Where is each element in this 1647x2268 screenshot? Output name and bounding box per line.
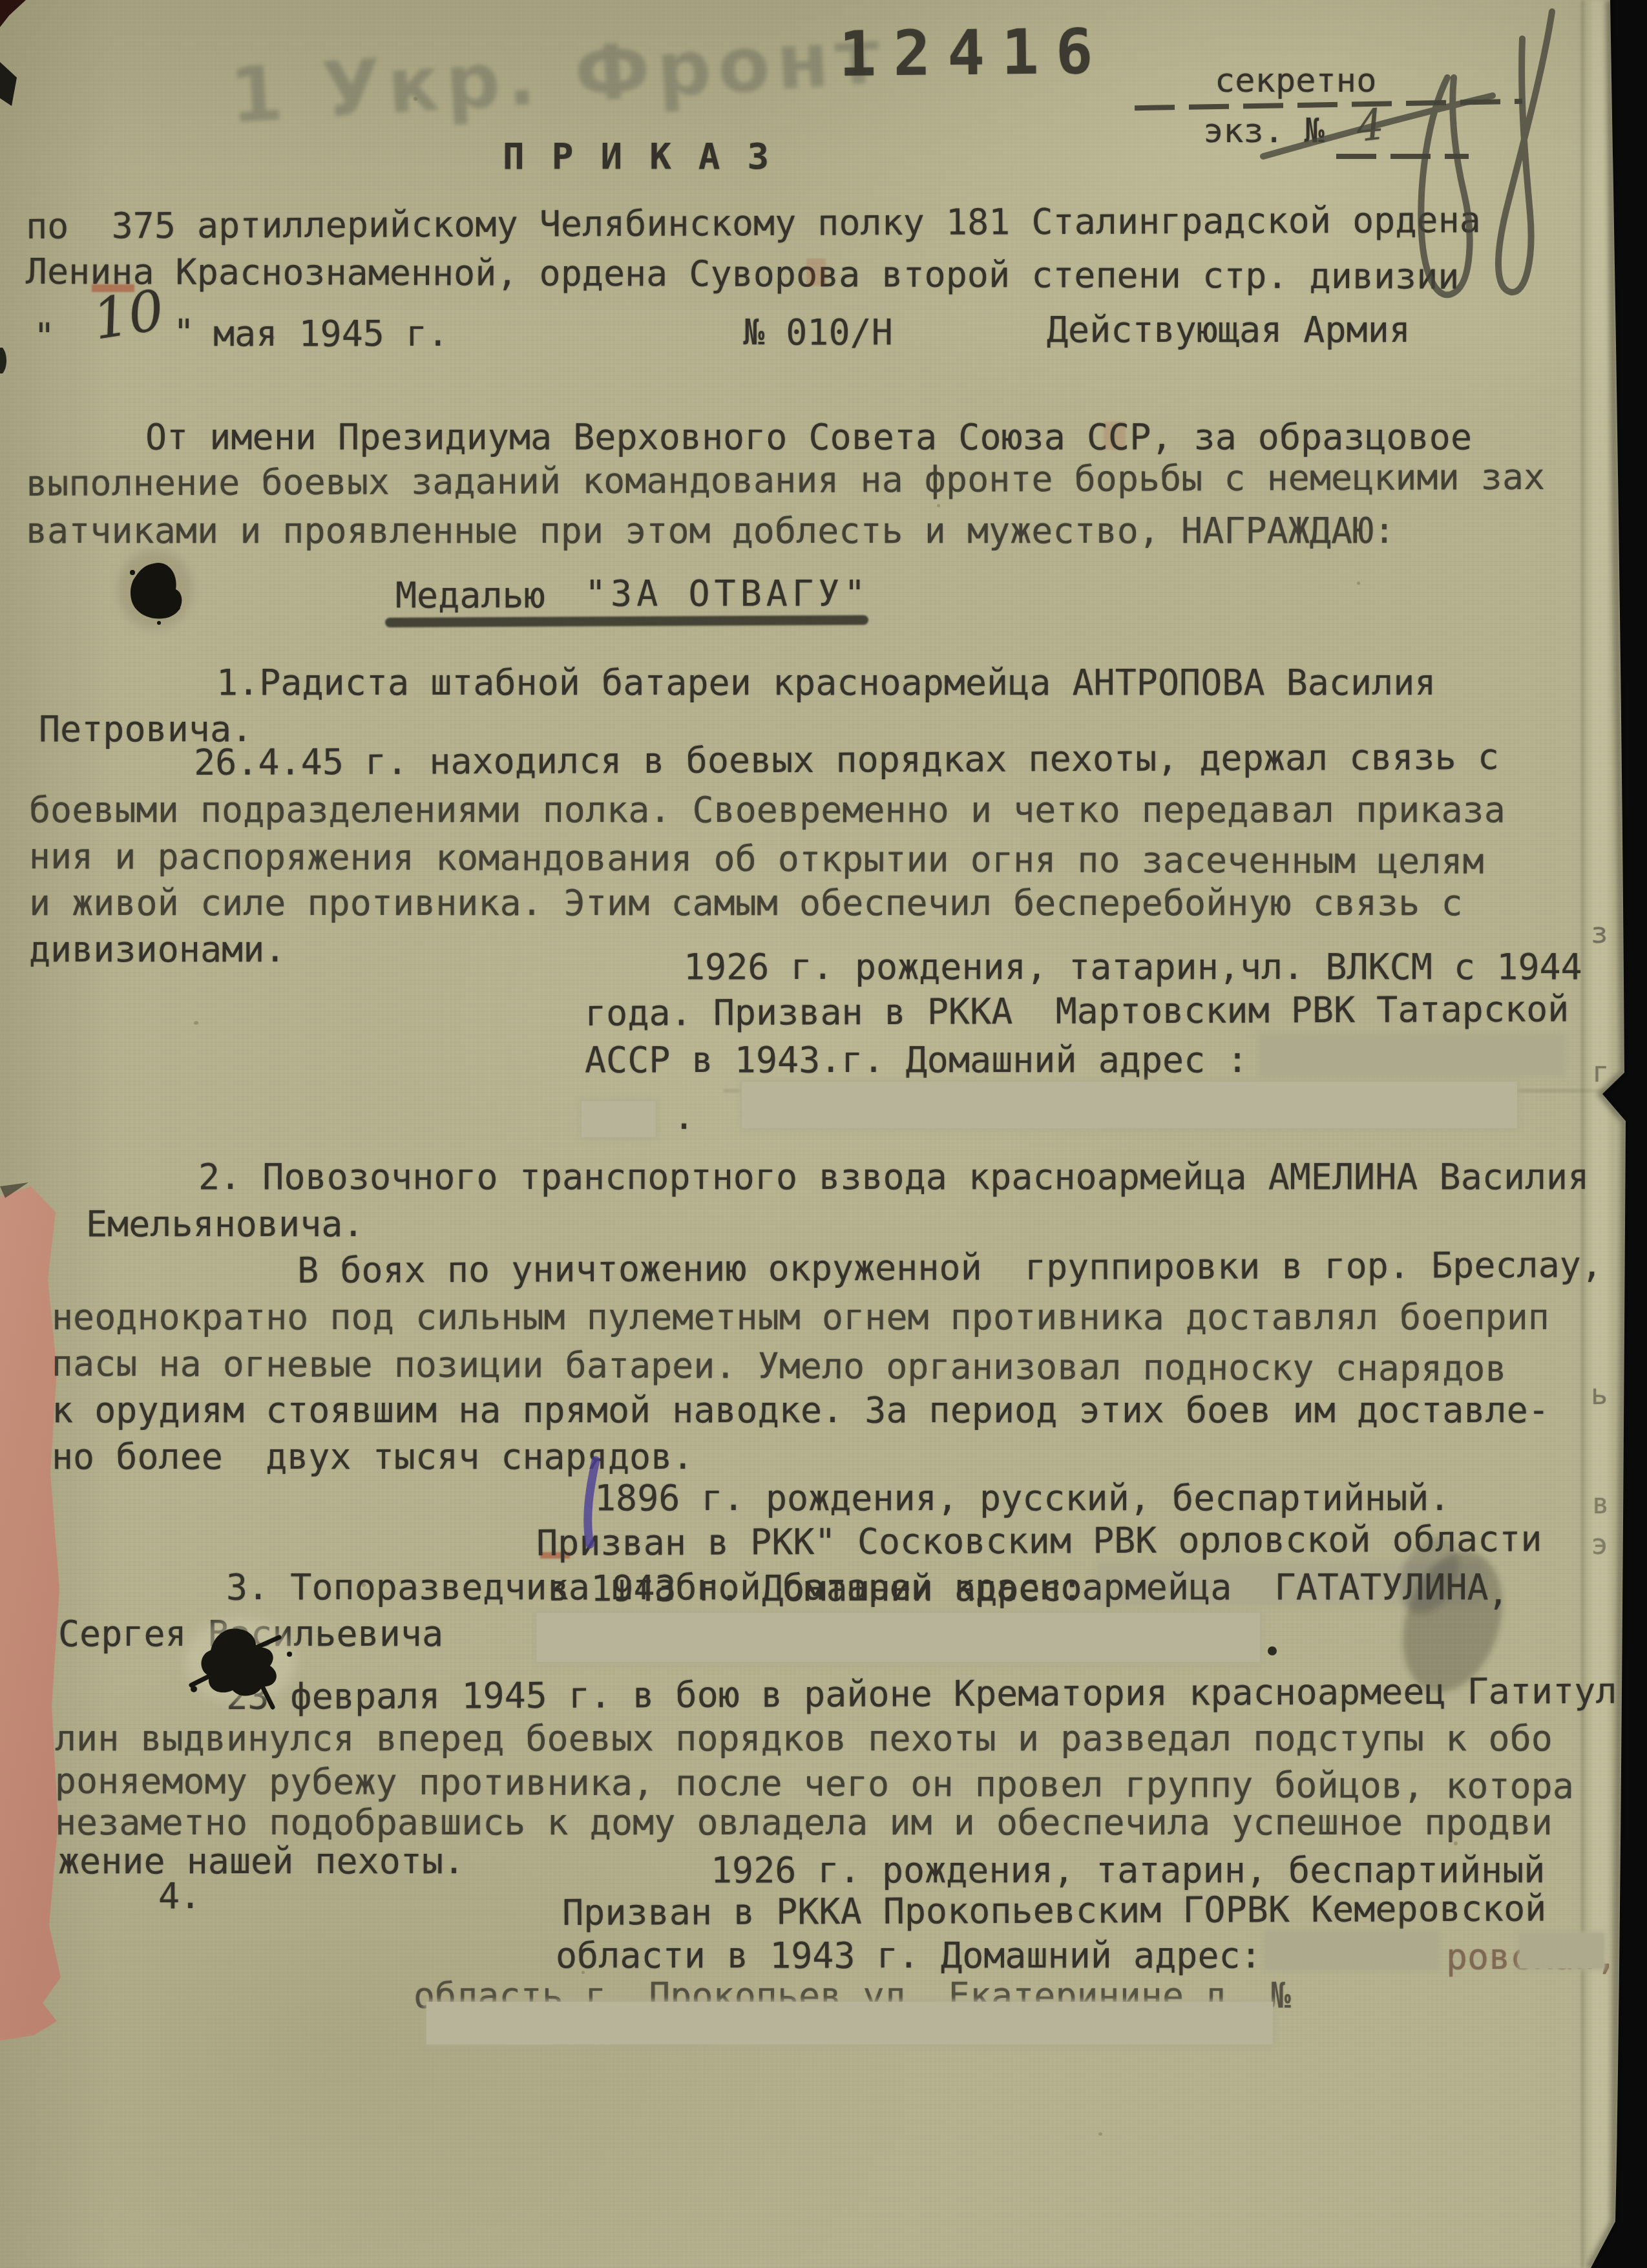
redacted-address [582,1101,656,1137]
entry2-after-redaction: , [1487,1574,1509,1612]
preamble-line: выполнение боевых заданий командования н… [26,459,1545,503]
entry1-detail-line: 1926 г. рождения, татарин,чл. ВЛКСМ с 19… [684,949,1582,986]
entry1-after-redaction: . [673,1098,695,1136]
page-edge-fragment: э [1591,1530,1608,1560]
date-quote-open: " [34,318,55,355]
corner-mark [0,0,26,27]
redacted-address [426,2002,1273,2044]
registration-number: 12416 [839,19,1110,87]
entry2-heading-cont: Емельяновича. [86,1206,364,1243]
ink-splatter [130,570,135,575]
entry3-body-line: 23 февраля 1945 г. в бою в районе Кремат… [226,1673,1617,1716]
entry1-detail-line: года. Призван в РККА Мартовским РВК Тата… [585,991,1569,1032]
entry3-heading-cont: Сергея Васильевича [58,1615,443,1653]
redacted-address [742,1082,1517,1128]
page-edge-fragment: з [1591,919,1608,949]
ink-blot-halo [118,549,193,629]
ink-splatter [174,604,180,611]
ink-splatter [157,621,161,625]
order-subtitle-line1: по 375 артиллерийскому Челябинскому полк… [26,202,1481,246]
secrecy-underline [1135,99,1522,110]
paper-speck [194,1021,198,1025]
page-edge-fragment: ь [1591,1380,1608,1410]
entry2-detail-line: Призван в РКК" Сосковским РВК орловской … [536,1520,1542,1562]
ink-blot [131,563,182,618]
page-title: ПРИКАЗ [503,138,796,176]
copy-number-handwritten: 4 [1354,102,1386,149]
scanned-order-page: 1 Укр. Фронт 12416 секретно экз. № 4 ПРИ… [0,0,1647,2268]
paper-speck [937,504,940,507]
entry3-detail-line: области в 1943 г. Домашний адрес: [556,1937,1262,1975]
page-edge-fragment: г [1592,1058,1610,1087]
entry3-item4-marker: 4. [158,1878,201,1915]
vertical-fold-crease [1581,0,1584,2268]
medal-label: Медалью [395,577,545,614]
edge-ink-mark [0,62,17,106]
edge-ink-mark [0,348,6,373]
entry3-body-line: роняемому рубежу противника, после чего … [55,1763,1574,1805]
redacted-address [1265,1932,1438,1969]
redacted-address [1520,1933,1604,1968]
entry1-body-line: боевыми подразделениями полка. Своевреме… [29,792,1505,829]
date-quote-close: " [173,314,194,352]
entry1-body-line: и живой силе противника. Этим самым обес… [29,885,1463,922]
redacted-address [1260,1035,1564,1075]
order-number: № 010/Н [743,314,893,352]
entry1-body-line: ния и распоряжения командования об откры… [29,838,1484,881]
entry1-body-line: дивизионами. [29,931,286,969]
entry3-detail-line: Призван в РККА Прокопьевским ГОРВК Кемер… [562,1890,1546,1931]
date-text: мая 1945 г. [213,315,448,353]
entry1-detail-line: АССР в 1943.г. Домашний адрес : [585,1042,1248,1079]
ink-period [1268,1646,1277,1655]
order-subtitle-line2: Ленина Краснознаменной, ордена Суворова … [26,253,1460,295]
entry2-body-line: к орудиям стоявшим на прямой наводке. За… [52,1392,1549,1429]
redacted-address [536,1613,1260,1662]
copy-number-underline [1336,154,1469,159]
copy-number-label: экз. № [1203,114,1325,149]
paper-speck [1357,582,1360,585]
entry3-detail-line: 1926 г. рождения, татарин, беспартийный [711,1852,1545,1889]
paper-speck [1098,2132,1102,2136]
secrecy-label: секретно [1215,63,1376,99]
entry2-body-line: неоднократно под сильным пулеметным огне… [52,1299,1549,1336]
paper-edge-highlight [1591,0,1609,2268]
entry2-body-line: В боях по уничтожению окруженной группир… [297,1246,1602,1290]
entry1-heading: 1.Радиста штабной батареи красноармейца … [216,664,1436,702]
ink-splatter [191,1686,197,1692]
entry3-heading: 3. Топоразведчика штабной батареи красно… [226,1569,1489,1606]
preamble-line: От имени Президиума Верховного Совета Со… [145,419,1472,456]
medal-name: "ЗА ОТВАГУ" [585,575,870,613]
preamble-line: ватчиками и проявленные при этом доблест… [26,512,1395,550]
date-day-handwritten: 10 [89,281,168,350]
page-edge-fragment: в [1592,1489,1610,1519]
red-ink-mark [806,258,826,286]
entry3-body-line: жение нашей пехоты. [58,1843,465,1880]
front-stamp: 1 Укр. Фронт [227,16,813,141]
entry2-heading: 2. Повозочного транспортного взвода крас… [198,1159,1589,1196]
entry2-body-line: пасы на огневые позиции батареи. Умело о… [52,1345,1507,1388]
medal-underline [385,615,868,627]
entry3-body-line: лин выдвинулся вперед боевых порядков пе… [55,1720,1553,1758]
entry3-body-line: незаметно подобравшись к дому овладела и… [55,1804,1553,1842]
army-label: Действующая Армия [1047,311,1411,349]
entry1-body-line: 26.4.45 г. находился в боевых порядках п… [194,739,1499,782]
entry2-detail-line: 1896 г. рождения, русский, беспартийный. [594,1480,1451,1517]
entry2-body-line: но более двух тысяч снарядов. [52,1438,693,1476]
